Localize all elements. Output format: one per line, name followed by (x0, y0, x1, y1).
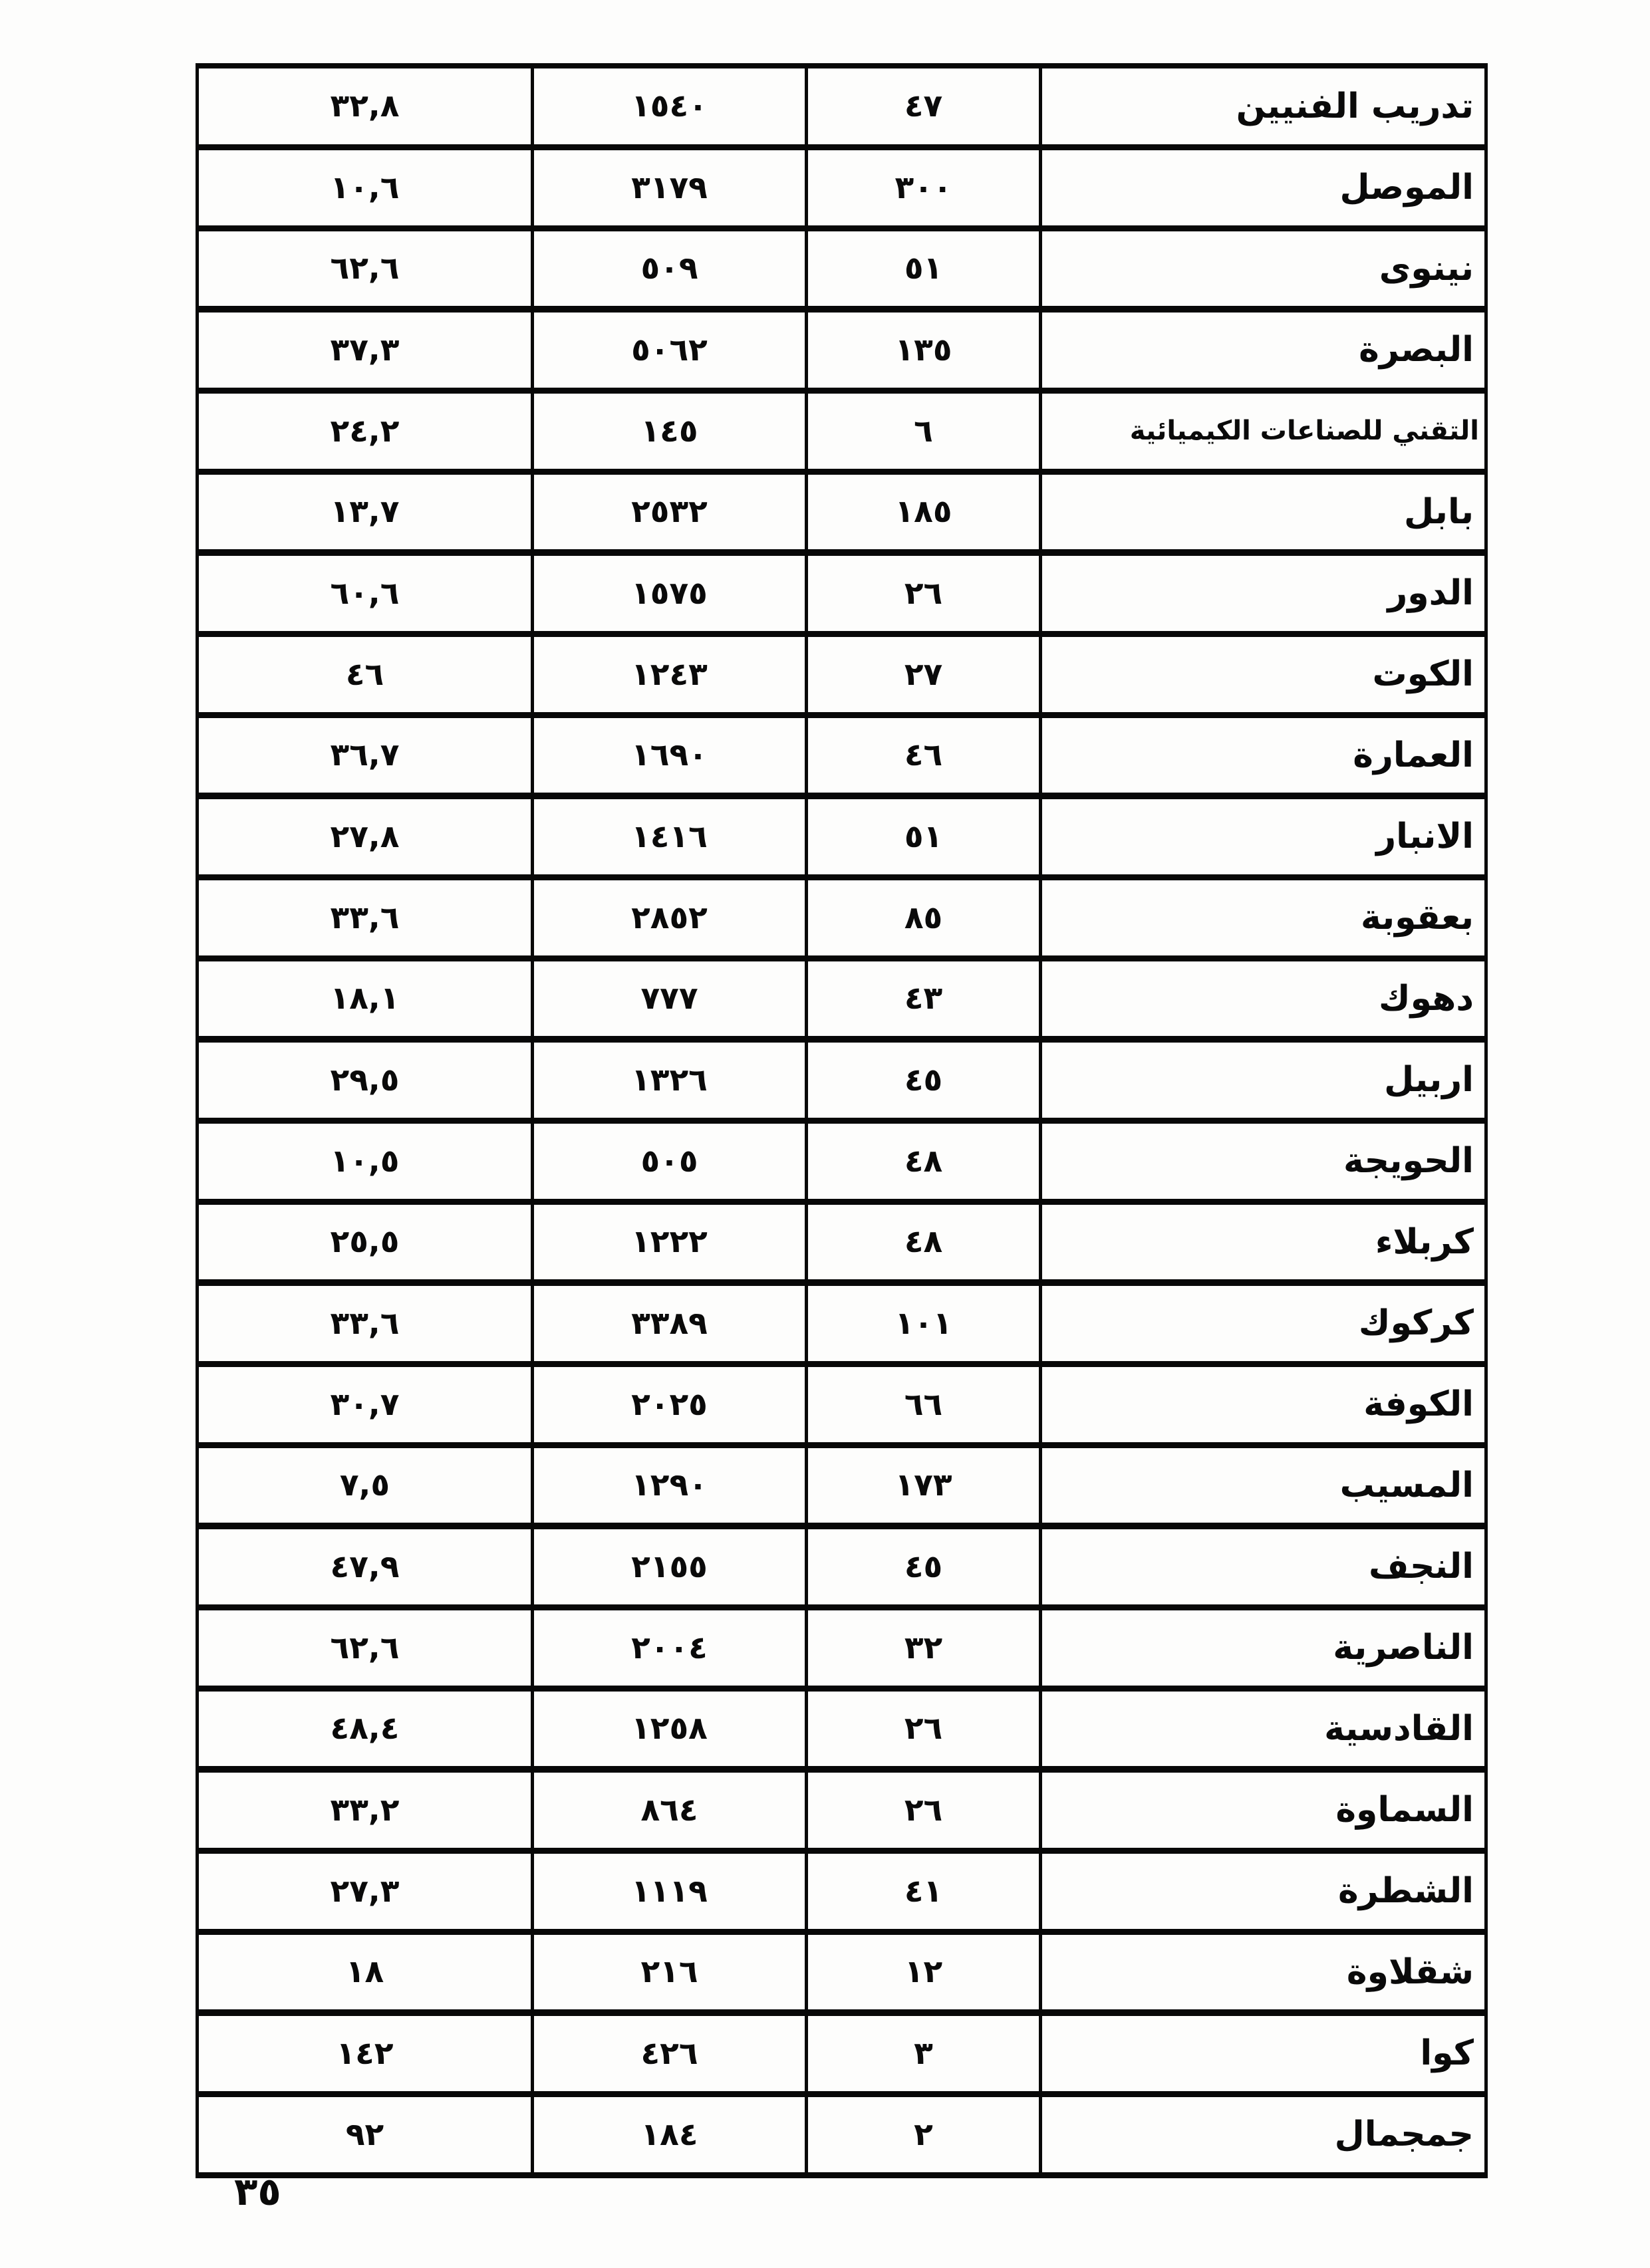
cell-count: ٢ (807, 2094, 1041, 2175)
cell-total: ٣٣٨٩ (533, 1283, 807, 1364)
cell-name: السماوة (1041, 1769, 1486, 1850)
cell-name: التقني للصناعات الكيميائية (1041, 390, 1486, 471)
cell-total: ٨٦٤ (533, 1769, 807, 1850)
cell-percent: ٦٢,٦ (198, 1607, 533, 1688)
table-row: جمجمال٢١٨٤٩٢ (198, 2094, 1486, 2175)
cell-percent: ٣٣,٢ (198, 1769, 533, 1850)
cell-count: ١٣٥ (807, 309, 1041, 390)
cell-name: الانبار (1041, 796, 1486, 877)
table-row: البصرة١٣٥٥٠٦٢٣٧,٣ (198, 309, 1486, 390)
statistics-table: تدريب الفنيين٤٧١٥٤٠٣٢,٨الموصل٣٠٠٣١٧٩١٠,٦… (196, 63, 1488, 2178)
cell-name: اربيل (1041, 1039, 1486, 1120)
cell-total: ١٢٥٨ (533, 1688, 807, 1769)
cell-percent: ٤٧,٩ (198, 1526, 533, 1607)
cell-percent: ١٠,٥ (198, 1120, 533, 1201)
cell-name: دهوك (1041, 958, 1486, 1039)
cell-count: ٣٢ (807, 1607, 1041, 1688)
cell-percent: ٧,٥ (198, 1445, 533, 1526)
cell-total: ٥٠٩ (533, 228, 807, 309)
cell-count: ٤٨ (807, 1201, 1041, 1283)
cell-count: ٣ (807, 2013, 1041, 2094)
table-row: بابل١٨٥٢٥٣٢١٣,٧ (198, 471, 1486, 553)
cell-name: الدور (1041, 553, 1486, 634)
cell-count: ٢٦ (807, 1769, 1041, 1850)
table-row: القادسية٢٦١٢٥٨٤٨,٤ (198, 1688, 1486, 1769)
table-row: كركوك١٠١٣٣٨٩٣٣,٦ (198, 1283, 1486, 1364)
cell-total: ١١١٩ (533, 1850, 807, 1932)
cell-name: النجف (1041, 1526, 1486, 1607)
cell-name: الموصل (1041, 147, 1486, 228)
cell-name: شقلاوة (1041, 1932, 1486, 2013)
cell-name: كوا (1041, 2013, 1486, 2094)
cell-percent: ٣٠,٧ (198, 1364, 533, 1445)
cell-name: الحويجة (1041, 1120, 1486, 1201)
cell-count: ٦ (807, 390, 1041, 471)
table-row: شقلاوة١٢٢١٦١٨ (198, 1932, 1486, 2013)
cell-total: ١٦٩٠ (533, 715, 807, 796)
cell-name: العمارة (1041, 715, 1486, 796)
table-row: الناصرية٣٢٢٠٠٤٦٢,٦ (198, 1607, 1486, 1688)
cell-percent: ٤٦ (198, 634, 533, 715)
table-row: المسيب١٧٣١٢٩٠٧,٥ (198, 1445, 1486, 1526)
cell-total: ١٢٢٢ (533, 1201, 807, 1283)
cell-percent: ٣٧,٣ (198, 309, 533, 390)
cell-name: القادسية (1041, 1688, 1486, 1769)
cell-percent: ٣٣,٦ (198, 877, 533, 958)
cell-name: بعقوبة (1041, 877, 1486, 958)
cell-count: ٤٧ (807, 66, 1041, 147)
table-row: الكوت٢٧١٢٤٣٤٦ (198, 634, 1486, 715)
cell-total: ١٣٢٦ (533, 1039, 807, 1120)
cell-name: تدريب الفنيين (1041, 66, 1486, 147)
table-row: الكوفة٦٦٢٠٢٥٣٠,٧ (198, 1364, 1486, 1445)
cell-count: ١٢ (807, 1932, 1041, 2013)
cell-percent: ١٨ (198, 1932, 533, 2013)
cell-percent: ٢٧,٣ (198, 1850, 533, 1932)
cell-count: ٥١ (807, 228, 1041, 309)
cell-count: ٤٨ (807, 1120, 1041, 1201)
table-row: كربلاء٤٨١٢٢٢٢٥,٥ (198, 1201, 1486, 1283)
table-row: تدريب الفنيين٤٧١٥٤٠٣٢,٨ (198, 66, 1486, 147)
cell-count: ٨٥ (807, 877, 1041, 958)
table-body: تدريب الفنيين٤٧١٥٤٠٣٢,٨الموصل٣٠٠٣١٧٩١٠,٦… (198, 66, 1486, 2175)
cell-total: ١٤١٦ (533, 796, 807, 877)
table-row: اربيل٤٥١٣٢٦٢٩,٥ (198, 1039, 1486, 1120)
cell-percent: ٢٥,٥ (198, 1201, 533, 1283)
cell-percent: ٣٣,٦ (198, 1283, 533, 1364)
table-row: الحويجة٤٨٥٠٥١٠,٥ (198, 1120, 1486, 1201)
cell-name: المسيب (1041, 1445, 1486, 1526)
cell-total: ٢٥٣٢ (533, 471, 807, 553)
cell-name: نينوى (1041, 228, 1486, 309)
table-row: كوا٣٤٢٦١٤٢ (198, 2013, 1486, 2094)
cell-percent: ٦٢,٦ (198, 228, 533, 309)
cell-name: كربلاء (1041, 1201, 1486, 1283)
cell-name: الكوفة (1041, 1364, 1486, 1445)
cell-name: الشطرة (1041, 1850, 1486, 1932)
cell-percent: ٦٠,٦ (198, 553, 533, 634)
table-row: السماوة٢٦٨٦٤٣٣,٢ (198, 1769, 1486, 1850)
cell-percent: ٢٤,٢ (198, 390, 533, 471)
table-row: دهوك٤٣٧٧٧١٨,١ (198, 958, 1486, 1039)
cell-total: ٢٠٠٤ (533, 1607, 807, 1688)
cell-percent: ١٤٢ (198, 2013, 533, 2094)
cell-name: الناصرية (1041, 1607, 1486, 1688)
cell-total: ١٥٧٥ (533, 553, 807, 634)
cell-count: ٤٥ (807, 1526, 1041, 1607)
cell-count: ٤٥ (807, 1039, 1041, 1120)
cell-name: البصرة (1041, 309, 1486, 390)
cell-total: ١٢٤٣ (533, 634, 807, 715)
cell-percent: ١٨,١ (198, 958, 533, 1039)
cell-name: الكوت (1041, 634, 1486, 715)
cell-total: ٢٠٢٥ (533, 1364, 807, 1445)
table-row: بعقوبة٨٥٢٨٥٢٣٣,٦ (198, 877, 1486, 958)
cell-count: ٢٧ (807, 634, 1041, 715)
cell-percent: ١٣,٧ (198, 471, 533, 553)
page-number: ٣٥ (234, 2169, 281, 2214)
cell-total: ٥٠٥ (533, 1120, 807, 1201)
cell-total: ٢٨٥٢ (533, 877, 807, 958)
cell-percent: ٣٢,٨ (198, 66, 533, 147)
cell-total: ٥٠٦٢ (533, 309, 807, 390)
cell-total: ١٢٩٠ (533, 1445, 807, 1526)
cell-count: ٤١ (807, 1850, 1041, 1932)
cell-total: ٤٢٦ (533, 2013, 807, 2094)
cell-percent: ٩٢ (198, 2094, 533, 2175)
cell-count: ١٨٥ (807, 471, 1041, 553)
table-row: الدور٢٦١٥٧٥٦٠,٦ (198, 553, 1486, 634)
cell-percent: ١٠,٦ (198, 147, 533, 228)
cell-percent: ٤٨,٤ (198, 1688, 533, 1769)
cell-total: ٣١٧٩ (533, 147, 807, 228)
cell-count: ١٧٣ (807, 1445, 1041, 1526)
cell-count: ٤٦ (807, 715, 1041, 796)
cell-count: ٢٦ (807, 1688, 1041, 1769)
cell-count: ١٠١ (807, 1283, 1041, 1364)
table-row: العمارة٤٦١٦٩٠٣٦,٧ (198, 715, 1486, 796)
cell-percent: ٣٦,٧ (198, 715, 533, 796)
cell-total: ١٥٤٠ (533, 66, 807, 147)
cell-count: ٤٣ (807, 958, 1041, 1039)
table-row: التقني للصناعات الكيميائية٦١٤٥٢٤,٢ (198, 390, 1486, 471)
table-row: الموصل٣٠٠٣١٧٩١٠,٦ (198, 147, 1486, 228)
cell-total: ٧٧٧ (533, 958, 807, 1039)
scanned-document-page: تدريب الفنيين٤٧١٥٤٠٣٢,٨الموصل٣٠٠٣١٧٩١٠,٦… (0, 0, 1650, 2268)
cell-total: ١٤٥ (533, 390, 807, 471)
cell-count: ٢٦ (807, 553, 1041, 634)
cell-name: جمجمال (1041, 2094, 1486, 2175)
table-row: نينوى٥١٥٠٩٦٢,٦ (198, 228, 1486, 309)
cell-total: ١٨٤ (533, 2094, 807, 2175)
cell-name: بابل (1041, 471, 1486, 553)
cell-name: كركوك (1041, 1283, 1486, 1364)
table-row: الانبار٥١١٤١٦٢٧,٨ (198, 796, 1486, 877)
table-row: الشطرة٤١١١١٩٢٧,٣ (198, 1850, 1486, 1932)
table-row: النجف٤٥٢١٥٥٤٧,٩ (198, 1526, 1486, 1607)
cell-percent: ٢٩,٥ (198, 1039, 533, 1120)
cell-count: ٥١ (807, 796, 1041, 877)
cell-count: ٦٦ (807, 1364, 1041, 1445)
cell-total: ٢١٥٥ (533, 1526, 807, 1607)
cell-percent: ٢٧,٨ (198, 796, 533, 877)
cell-count: ٣٠٠ (807, 147, 1041, 228)
cell-total: ٢١٦ (533, 1932, 807, 2013)
